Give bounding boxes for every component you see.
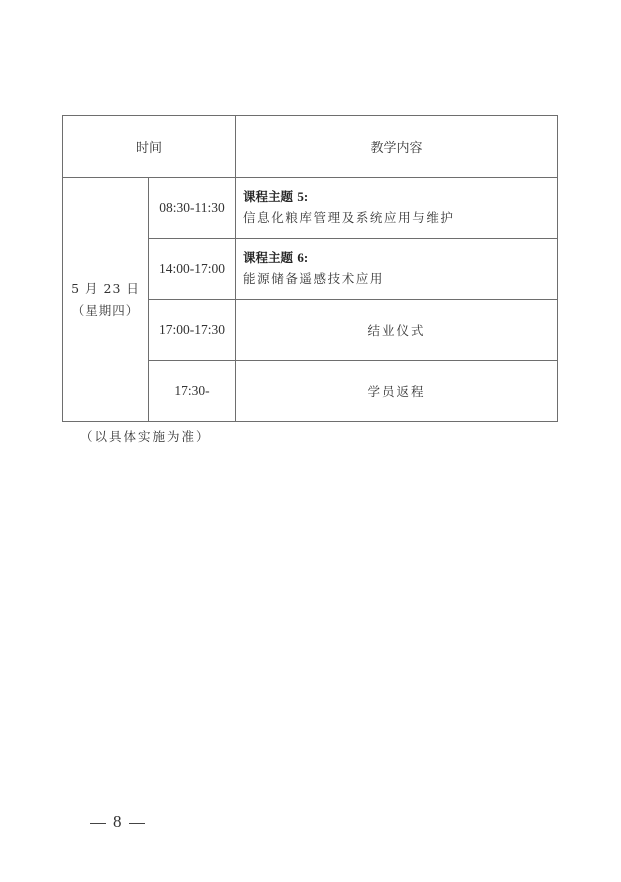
content-cell: 结业仪式	[236, 300, 558, 361]
content-cell: 课程主题 5: 信息化粮库管理及系统应用与维护	[236, 178, 558, 239]
content-cell: 学员返程	[236, 361, 558, 422]
dash-left	[90, 823, 106, 824]
date-weekday: （星期四）	[63, 300, 148, 322]
page-number-value: 8	[113, 812, 122, 831]
topic-description: 信息化粮库管理及系统应用与维护	[243, 207, 557, 229]
page-number: 8	[83, 812, 152, 832]
date-cell: 5 月 23 日 （星期四）	[63, 178, 149, 422]
header-content: 教学内容	[236, 116, 558, 178]
time-cell: 14:00-17:00	[149, 239, 236, 300]
time-cell: 08:30-11:30	[149, 178, 236, 239]
topic-title: 课程主题 5:	[243, 187, 557, 207]
time-cell: 17:30-	[149, 361, 236, 422]
topic-label: 课程主题	[243, 250, 297, 265]
topic-number: 5:	[297, 189, 308, 204]
header-time: 时间	[63, 116, 236, 178]
schedule-table: 时间 教学内容 5 月 23 日 （星期四） 08:30-11:30 课程主题 …	[62, 115, 558, 422]
table-row: 5 月 23 日 （星期四） 08:30-11:30 课程主题 5: 信息化粮库…	[63, 178, 558, 239]
topic-number: 6:	[297, 250, 308, 265]
document-page: 时间 教学内容 5 月 23 日 （星期四） 08:30-11:30 课程主题 …	[0, 0, 621, 882]
time-cell: 17:00-17:30	[149, 300, 236, 361]
topic-label: 课程主题	[243, 189, 297, 204]
topic-description: 能源储备遥感技术应用	[243, 268, 557, 290]
table-header-row: 时间 教学内容	[63, 116, 558, 178]
date-day: 5 月 23 日	[63, 278, 148, 300]
content-cell: 课程主题 6: 能源储备遥感技术应用	[236, 239, 558, 300]
dash-right	[129, 823, 145, 824]
topic-title: 课程主题 6:	[243, 248, 557, 268]
footnote: （以具体实施为准）	[80, 427, 211, 445]
